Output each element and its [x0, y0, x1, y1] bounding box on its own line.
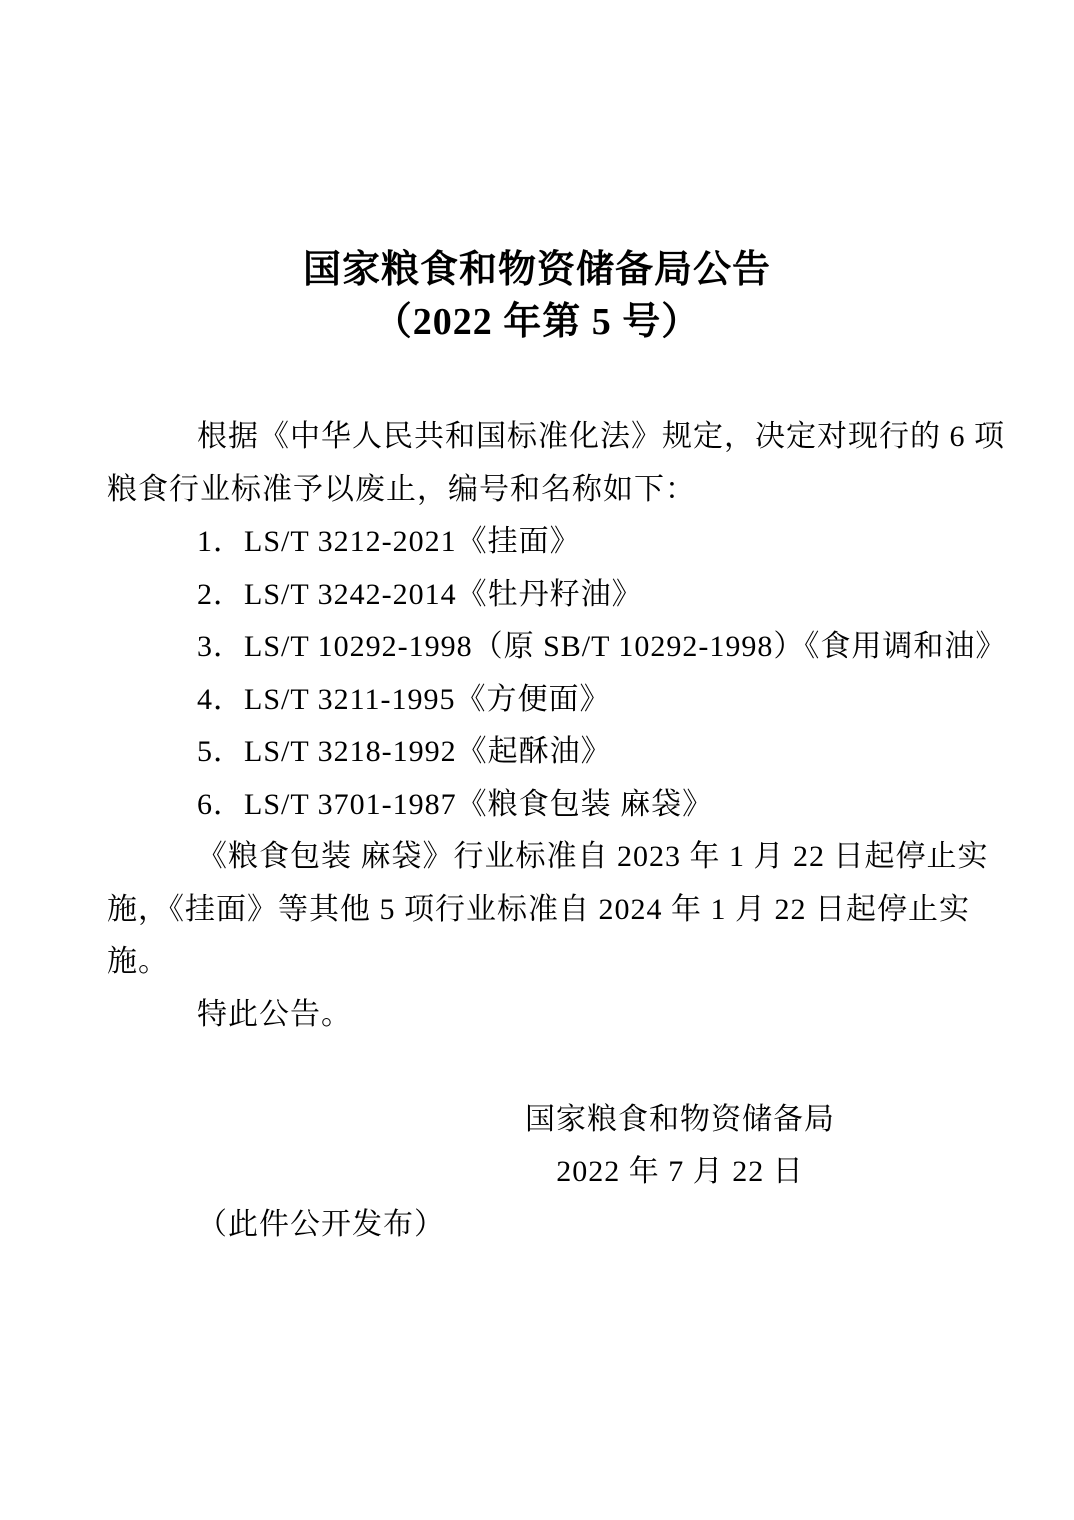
paragraph1-line1: 根据《中华人民共和国标准化法》规定，决定对现行的 6 项	[107, 411, 939, 464]
paragraph2-line3: 施。	[107, 936, 939, 989]
document-title: 国家粮食和物资储备局公告 （2022 年第 5 号）	[0, 244, 1074, 348]
standard-item-4: 4．LS/T 3211-1995《方便面》	[107, 674, 939, 727]
standard-item-6: 6．LS/T 3701-1987《粮食包装 麻袋》	[107, 779, 939, 832]
signature-block: 国家粮食和物资储备局 2022 年 7 月 22 日	[107, 1094, 939, 1199]
document-title-number: （2022 年第 5 号）	[0, 296, 1074, 348]
standard-item-2: 2．LS/T 3242-2014《牡丹籽油》	[107, 569, 939, 622]
standard-item-5: 5．LS/T 3218-1992《起酥油》	[107, 726, 939, 779]
paragraph1-line2: 粮食行业标准予以废止，编号和名称如下：	[107, 464, 939, 517]
paragraph2-line2: 施，《挂面》等其他 5 项行业标准自 2024 年 1 月 22 日起停止实	[107, 884, 939, 937]
signature-date: 2022 年 7 月 22 日	[525, 1146, 835, 1199]
document-title-line1: 国家粮食和物资储备局公告	[0, 244, 1074, 296]
signature-agency: 国家粮食和物资储备局	[525, 1094, 835, 1147]
paragraph2-line1: 《粮食包装 麻袋》行业标准自 2023 年 1 月 22 日起停止实	[107, 831, 939, 884]
closing-line: 特此公告。	[107, 989, 939, 1042]
signature-inner: 国家粮食和物资储备局 2022 年 7 月 22 日	[525, 1094, 835, 1199]
standard-item-3: 3．LS/T 10292-1998（原 SB/T 10292-1998）《食用调…	[107, 621, 939, 674]
announcement-page: 国家粮食和物资储备局公告 （2022 年第 5 号） 根据《中华人民共和国标准化…	[0, 0, 1074, 1520]
release-note: （此件公开发布）	[107, 1199, 939, 1252]
document-body: 根据《中华人民共和国标准化法》规定，决定对现行的 6 项 粮食行业标准予以废止，…	[107, 411, 939, 1251]
blank-line	[107, 1041, 939, 1094]
standard-item-1: 1．LS/T 3212-2021《挂面》	[107, 516, 939, 569]
